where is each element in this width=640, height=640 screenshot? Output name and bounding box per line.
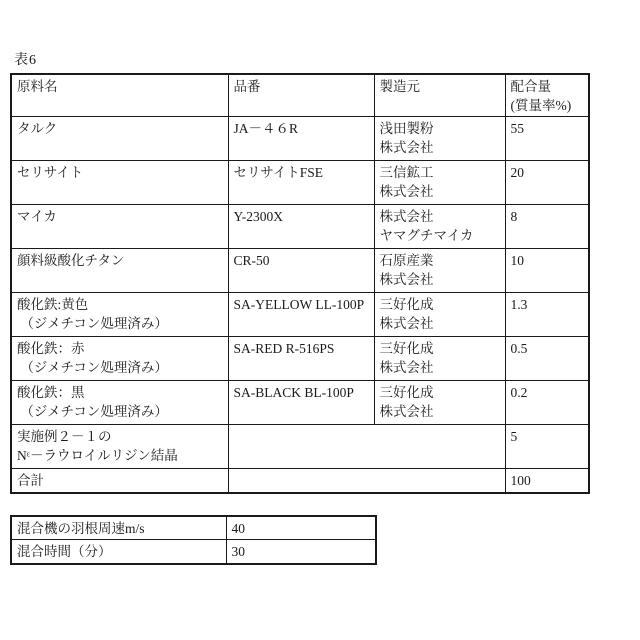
header-row: 原料名 品番 製造元 配合量 (質量率%) xyxy=(11,74,589,117)
amount-cell: 20 xyxy=(505,161,589,205)
amount-cell: 10 xyxy=(505,249,589,293)
merged-empty-cell xyxy=(228,425,505,469)
amount-cell: 0.5 xyxy=(505,337,589,381)
material-cell: 実施例２－１の Nᵋ－ラウロイルリジン結晶 xyxy=(11,425,228,469)
part-number-cell: Y-2300X xyxy=(228,205,374,249)
mixing-speed-value-cell: 40 xyxy=(226,516,376,540)
part-number-cell: SA-RED R-516PS xyxy=(228,337,374,381)
total-label-cell: 合計 xyxy=(11,469,228,493)
total-amount-cell: 100 xyxy=(505,469,589,493)
mixing-conditions-table: 混合機の羽根周速m/s 40 混合時間（分） 30 xyxy=(10,515,377,565)
mixing-time-value-cell: 30 xyxy=(226,540,376,564)
manufacturer-column-header: 製造元 xyxy=(374,74,505,117)
part-number-cell: CR-50 xyxy=(228,249,374,293)
part-number-column-header: 品番 xyxy=(228,74,374,117)
manufacturer-cell: 三好化成 株式会社 xyxy=(374,293,505,337)
manufacturer-cell: 石原産業 株式会社 xyxy=(374,249,505,293)
table-row: セリサイト セリサイトFSE 三信鉱工 株式会社 20 xyxy=(11,161,589,205)
part-number-cell: SA-BLACK BL-100P xyxy=(228,381,374,425)
table-row: 混合時間（分） 30 xyxy=(11,540,376,564)
material-cell: セリサイト xyxy=(11,161,228,205)
amount-cell: 8 xyxy=(505,205,589,249)
amount-cell: 55 xyxy=(505,117,589,161)
material-cell: 顔料級酸化チタン xyxy=(11,249,228,293)
manufacturer-cell: 浅田製粉 株式会社 xyxy=(374,117,505,161)
material-cell: 酸化鉄：赤 （ジメチコン処理済み） xyxy=(11,337,228,381)
table-row: マイカ Y-2300X 株式会社 ヤマグチマイカ 8 xyxy=(11,205,589,249)
manufacturer-cell: 三好化成 株式会社 xyxy=(374,337,505,381)
material-cell: タルク xyxy=(11,117,228,161)
table-row: 顔料級酸化チタン CR-50 石原産業 株式会社 10 xyxy=(11,249,589,293)
material-cell: 酸化鉄：黒 （ジメチコン処理済み） xyxy=(11,381,228,425)
ingredients-table: 原料名 品番 製造元 配合量 (質量率%) タルク JA－４６R 浅田製粉 株式… xyxy=(10,73,590,494)
table-row: タルク JA－４６R 浅田製粉 株式会社 55 xyxy=(11,117,589,161)
manufacturer-cell: 三好化成 株式会社 xyxy=(374,381,505,425)
table-row: 実施例２－１の Nᵋ－ラウロイルリジン結晶 5 xyxy=(11,425,589,469)
table-caption: 表6 xyxy=(14,52,640,70)
amount-cell: 1.3 xyxy=(505,293,589,337)
amount-column-header: 配合量 (質量率%) xyxy=(505,74,589,117)
manufacturer-cell: 株式会社 ヤマグチマイカ xyxy=(374,205,505,249)
amount-cell: 5 xyxy=(505,425,589,469)
total-row: 合計 100 xyxy=(11,469,589,493)
merged-empty-cell xyxy=(228,469,505,493)
mixing-speed-label-cell: 混合機の羽根周速m/s xyxy=(11,516,226,540)
part-number-cell: セリサイトFSE xyxy=(228,161,374,205)
part-number-cell: JA－４６R xyxy=(228,117,374,161)
table-row: 酸化鉄：赤 （ジメチコン処理済み） SA-RED R-516PS 三好化成 株式… xyxy=(11,337,589,381)
material-cell: 酸化鉄:黄色 （ジメチコン処理済み） xyxy=(11,293,228,337)
manufacturer-cell: 三信鉱工 株式会社 xyxy=(374,161,505,205)
document-page: 表6 原料名 品番 製造元 配合量 (質量率%) タルク JA－４６R 浅田製粉… xyxy=(0,0,640,565)
part-number-cell: SA-YELLOW LL-100P xyxy=(228,293,374,337)
table-row: 酸化鉄：黒 （ジメチコン処理済み） SA-BLACK BL-100P 三好化成 … xyxy=(11,381,589,425)
amount-cell: 0.2 xyxy=(505,381,589,425)
material-cell: マイカ xyxy=(11,205,228,249)
mixing-time-label-cell: 混合時間（分） xyxy=(11,540,226,564)
table-row: 混合機の羽根周速m/s 40 xyxy=(11,516,376,540)
table-row: 酸化鉄:黄色 （ジメチコン処理済み） SA-YELLOW LL-100P 三好化… xyxy=(11,293,589,337)
material-column-header: 原料名 xyxy=(11,74,228,117)
